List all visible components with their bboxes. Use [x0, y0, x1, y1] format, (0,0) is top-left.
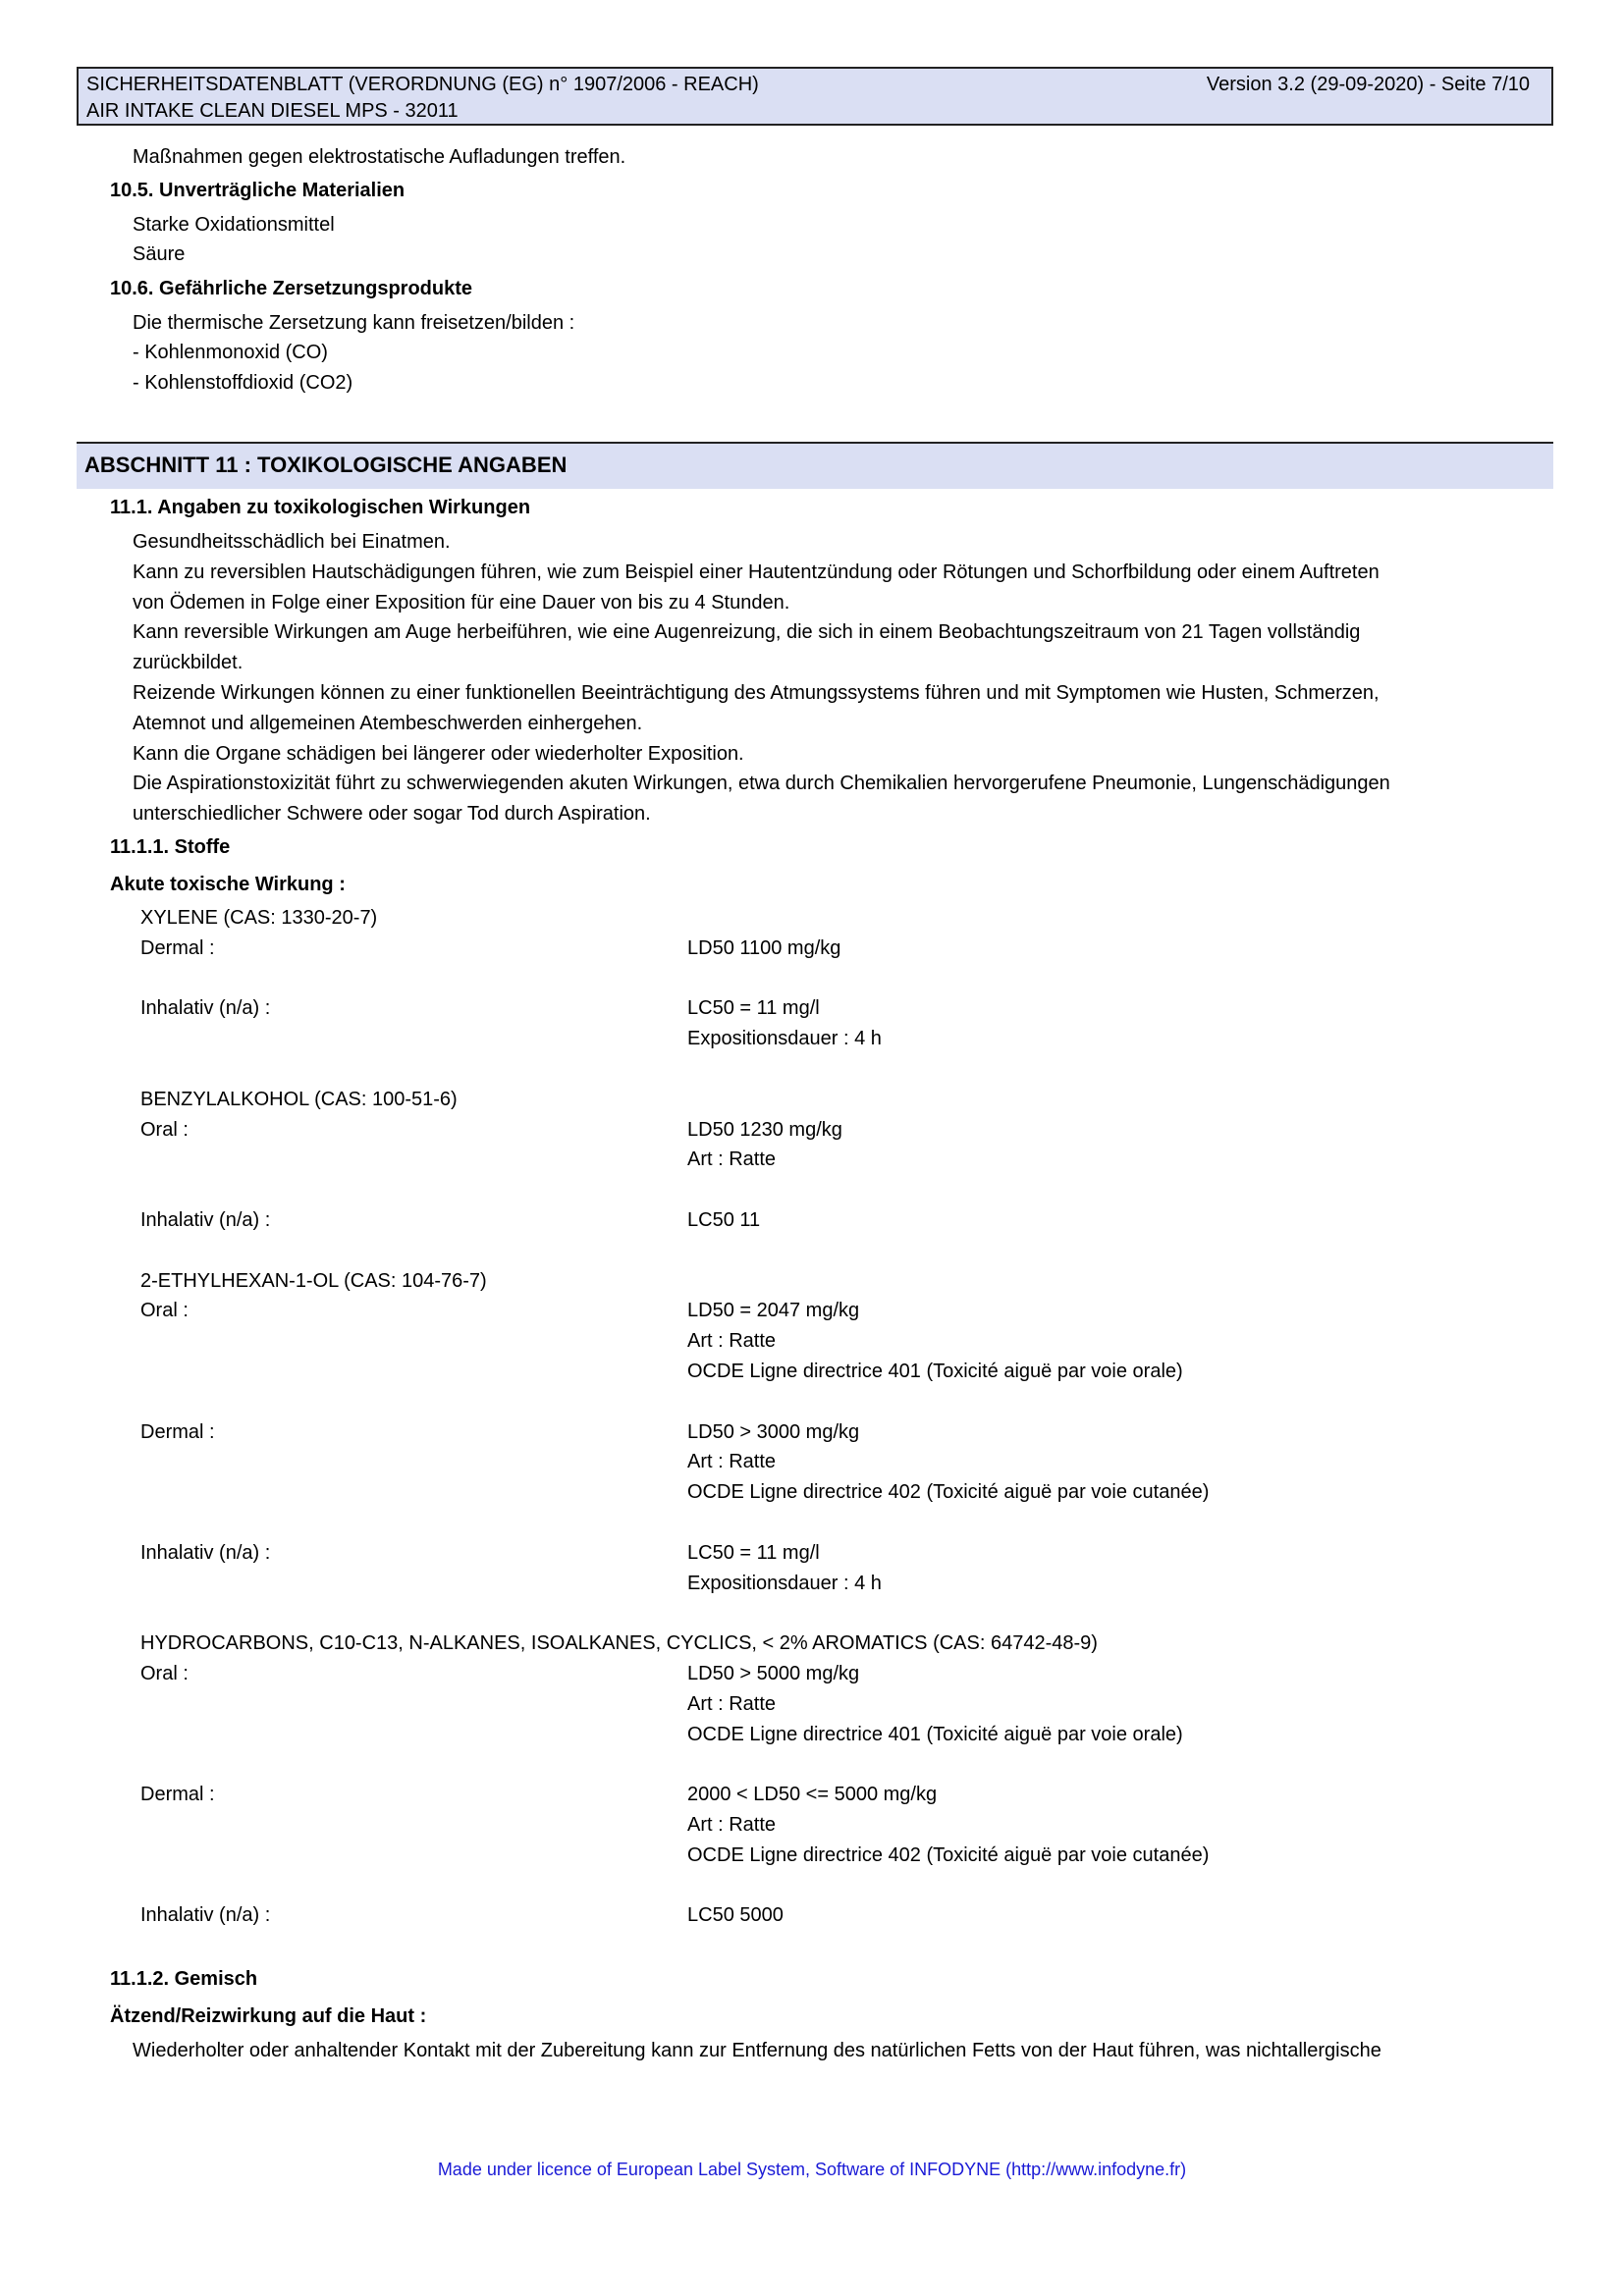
toxicity-value: 2000 < LD50 <= 5000 mg/kg — [687, 1782, 937, 1807]
section-header: ABSCHNITT 11 : TOXIKOLOGISCHE ANGABEN — [77, 442, 1553, 489]
toxicity-value: LC50 = 11 mg/l — [687, 995, 820, 1021]
list-item: Säure — [133, 241, 185, 267]
paragraph-line: zurückbildet. — [133, 650, 243, 675]
heading-10-6: 10.6. Gefährliche Zersetzungsprodukte — [110, 276, 472, 301]
toxicity-value: Art : Ratte — [687, 1328, 776, 1354]
product-name: AIR INTAKE CLEAN DIESEL MPS - 32011 — [86, 98, 459, 125]
substance-name: HYDROCARBONS, C10-C13, N-ALKANES, ISOALK… — [140, 1630, 1098, 1656]
paragraph-line: Kann reversible Wirkungen am Auge herbei… — [133, 619, 1360, 645]
paragraph-line: Kann zu reversiblen Hautschädigungen füh… — [133, 560, 1380, 585]
route-label: Inhalativ (n/a) : — [140, 1207, 270, 1233]
paragraph-line: Die Aspirationstoxizität führt zu schwer… — [133, 771, 1390, 796]
list-item: - Kohlenmonoxid (CO) — [133, 340, 328, 365]
list-item: Starke Oxidationsmittel — [133, 212, 335, 238]
heading-11-1: 11.1. Angaben zu toxikologischen Wirkung… — [110, 495, 530, 520]
paragraph-line: Gesundheitsschädlich bei Einatmen. — [133, 529, 451, 555]
paragraph-line: Kann die Organe schädigen bei längerer o… — [133, 741, 744, 767]
heading-11-1-1: 11.1.1. Stoffe — [110, 834, 230, 860]
heading-11-1-2: 11.1.2. Gemisch — [110, 1966, 257, 1992]
toxicity-value: Expositionsdauer : 4 h — [687, 1026, 882, 1051]
route-label: Oral : — [140, 1117, 189, 1143]
route-label: Inhalativ (n/a) : — [140, 1902, 270, 1928]
document-title: SICHERHEITSDATENBLATT (VERORDNUNG (EG) n… — [86, 72, 759, 98]
section-title: ABSCHNITT 11 : TOXIKOLOGISCHE ANGABEN — [84, 453, 567, 478]
version-page-info: Version 3.2 (29-09-2020) - Seite 7/10 — [1207, 72, 1530, 98]
route-label: Inhalativ (n/a) : — [140, 1540, 270, 1566]
toxicity-value: LC50 11 — [687, 1207, 760, 1233]
route-label: Dermal : — [140, 1419, 215, 1445]
substance-name: BENZYLALKOHOL (CAS: 100-51-6) — [140, 1087, 458, 1112]
paragraph-line: unterschiedlicher Schwere oder sogar Tod… — [133, 801, 651, 827]
list-item: - Kohlenstoffdioxid (CO2) — [133, 370, 352, 396]
route-label: Inhalativ (n/a) : — [140, 995, 270, 1021]
toxicity-value: Art : Ratte — [687, 1691, 776, 1717]
skin-irritation-text: Wiederholter oder anhaltender Kontakt mi… — [133, 2038, 1381, 2063]
toxicity-value: Art : Ratte — [687, 1812, 776, 1838]
toxicity-value: LD50 1100 mg/kg — [687, 935, 840, 961]
route-label: Oral : — [140, 1661, 189, 1686]
toxicity-value: LC50 = 11 mg/l — [687, 1540, 820, 1566]
paragraph-line: Atemnot und allgemeinen Atembeschwerden … — [133, 711, 642, 736]
paragraph: Die thermische Zersetzung kann freisetze… — [133, 310, 574, 336]
toxicity-value: Art : Ratte — [687, 1147, 776, 1172]
substance-name: XYLENE (CAS: 1330-20-7) — [140, 905, 377, 931]
toxicity-value: LD50 > 5000 mg/kg — [687, 1661, 859, 1686]
paragraph-line: Reizende Wirkungen können zu einer funkt… — [133, 680, 1380, 706]
toxicity-value: OCDE Ligne directrice 402 (Toxicité aigu… — [687, 1479, 1209, 1505]
footer-licence: Made under licence of European Label Sys… — [0, 2160, 1624, 2180]
toxicity-value: LD50 = 2047 mg/kg — [687, 1298, 859, 1323]
paragraph-line: von Ödemen in Folge einer Exposition für… — [133, 590, 789, 615]
route-label: Oral : — [140, 1298, 189, 1323]
toxicity-value: OCDE Ligne directrice 401 (Toxicité aigu… — [687, 1359, 1183, 1384]
toxicity-value: OCDE Ligne directrice 402 (Toxicité aigu… — [687, 1842, 1209, 1868]
skin-irritation-heading: Ätzend/Reizwirkung auf die Haut : — [110, 2003, 426, 2029]
toxicity-value: Art : Ratte — [687, 1449, 776, 1474]
route-label: Dermal : — [140, 935, 215, 961]
heading-10-5: 10.5. Unverträgliche Materialien — [110, 178, 405, 203]
substance-name: 2-ETHYLHEXAN-1-OL (CAS: 104-76-7) — [140, 1268, 487, 1294]
toxicity-value: LC50 5000 — [687, 1902, 784, 1928]
toxicity-value: OCDE Ligne directrice 401 (Toxicité aigu… — [687, 1722, 1183, 1747]
toxicity-value: LD50 1230 mg/kg — [687, 1117, 842, 1143]
toxicity-value: LD50 > 3000 mg/kg — [687, 1419, 859, 1445]
carryover-text: Maßnahmen gegen elektrostatische Aufladu… — [133, 144, 625, 170]
route-label: Dermal : — [140, 1782, 215, 1807]
toxicity-value: Expositionsdauer : 4 h — [687, 1571, 882, 1596]
page-header: SICHERHEITSDATENBLATT (VERORDNUNG (EG) n… — [77, 67, 1553, 126]
acute-toxicity-heading: Akute toxische Wirkung : — [110, 872, 346, 897]
